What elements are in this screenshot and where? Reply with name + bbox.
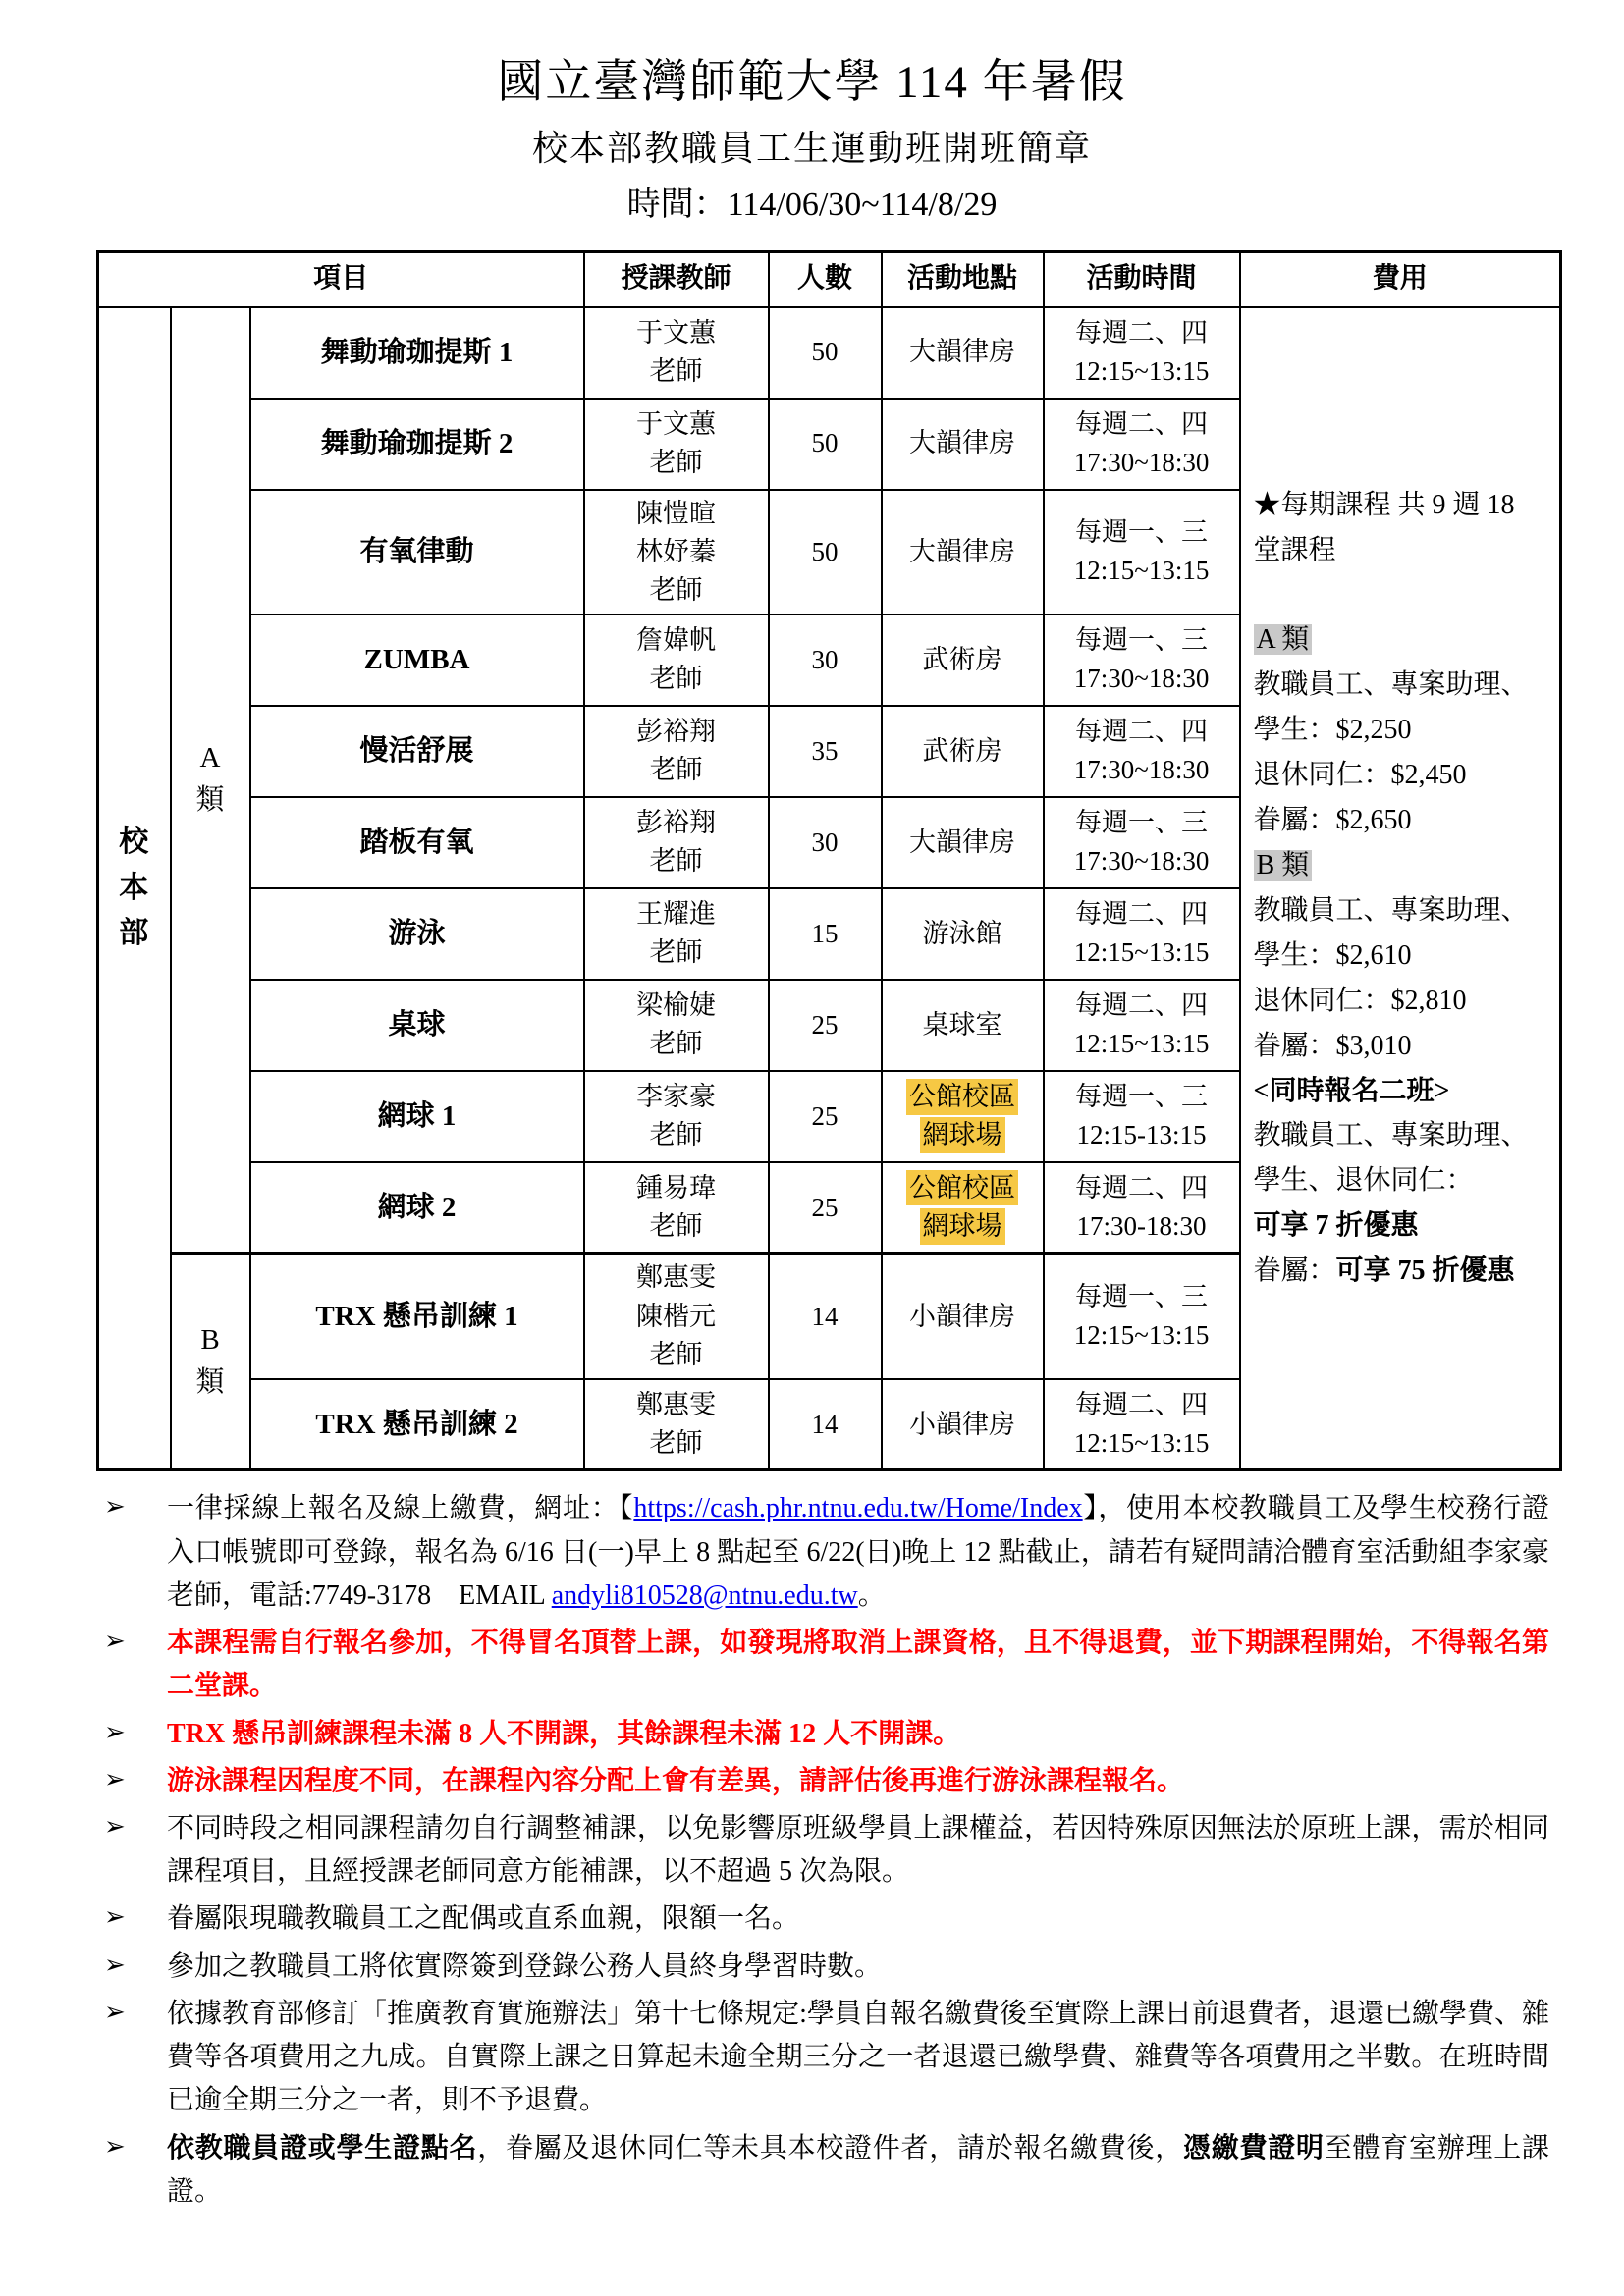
time-cell: 每週二、四17:30-18:30 xyxy=(1044,1162,1240,1254)
location-cell: 武術房 xyxy=(882,706,1044,797)
note-text: 依教職員證或學生證點名 xyxy=(167,2133,477,2163)
time-cell: 每週一、三12:15-13:15 xyxy=(1044,1071,1240,1162)
fee-line: 眷屬：可享 75 折優惠 xyxy=(1254,1249,1550,1294)
column-header-5: 活動時間 xyxy=(1044,252,1240,307)
fee-line: 教職員工、專案助理、 xyxy=(1254,1113,1550,1158)
course-name-cell: 踏板有氧 xyxy=(250,797,584,888)
note-bullet-icon: ➢ xyxy=(104,1622,126,1662)
category-b-label: B類 xyxy=(171,1254,250,1470)
note-text: 本課程需自行報名參加，不得冒名頂替上課，如發現將取消上課資格，且不得退費，並下期… xyxy=(167,1628,1549,1701)
note-text: 依據教育部修訂「推廣教育實施辦法」第十七條規定:學員自報名繳費後至實際上課日前退… xyxy=(167,1999,1549,2115)
fee-class-label: B 類 xyxy=(1254,850,1313,881)
count-cell: 35 xyxy=(769,706,882,797)
fee-line: 退休同仁：$2,450 xyxy=(1254,753,1550,798)
fee-line: 可享 7 折優惠 xyxy=(1254,1203,1550,1249)
location-highlight: 公館校區 xyxy=(906,1170,1018,1205)
course-name-cell: 網球 1 xyxy=(250,1071,584,1162)
fee-line: A 類 xyxy=(1254,617,1550,663)
note-text: ，眷屬及退休同仁等未具本校證件者，請於報名繳費後， xyxy=(477,2133,1183,2163)
column-header-1: 項目 xyxy=(98,252,584,307)
fee-line: <同時報名二班> xyxy=(1254,1069,1550,1114)
note-bullet-icon: ➢ xyxy=(104,1760,126,1800)
fee-line: 眷屬：$2,650 xyxy=(1254,798,1550,843)
teacher-cell: 于文蕙老師 xyxy=(584,307,769,399)
fee-text: 堂課程 xyxy=(1254,535,1336,565)
note-bullet-icon: ➢ xyxy=(104,2127,126,2167)
note-item: ➢眷屬限現職教職員工之配偶或直系血親，限額一名。 xyxy=(96,1897,1549,1941)
count-cell: 14 xyxy=(769,1379,882,1470)
location-cell: 公館校區網球場 xyxy=(882,1162,1044,1254)
course-table: 項目授課教師人數活動地點活動時間費用 校本部A類舞動瑜珈提斯 1于文蕙老師50大… xyxy=(96,250,1562,1471)
column-header-6: 費用 xyxy=(1240,252,1561,307)
time-cell: 每週一、三12:15~13:15 xyxy=(1044,1254,1240,1379)
fee-text: 教職員工、專案助理、 xyxy=(1254,669,1529,700)
location-cell: 大韻律房 xyxy=(882,399,1044,490)
fee-text: 眷屬：$3,010 xyxy=(1254,1031,1412,1061)
teacher-cell: 李家豪老師 xyxy=(584,1071,769,1162)
note-text: 眷屬限現職教職員工之配偶或直系血親，限額一名。 xyxy=(167,1903,799,1934)
fee-line xyxy=(1254,573,1550,618)
time-cell: 每週一、三12:15~13:15 xyxy=(1044,490,1240,614)
time-cell: 每週二、四17:30~18:30 xyxy=(1044,399,1240,490)
column-header-2: 授課教師 xyxy=(584,252,769,307)
location-highlight: 公館校區 xyxy=(906,1079,1018,1114)
column-header-4: 活動地點 xyxy=(882,252,1044,307)
time-cell: 每週二、四12:15~13:15 xyxy=(1044,980,1240,1071)
campus-label: 校本部 xyxy=(98,307,171,1470)
fee-line: 學生、退休同仁： xyxy=(1254,1158,1550,1203)
location-cell: 大韻律房 xyxy=(882,797,1044,888)
fee-line: 學生：$2,610 xyxy=(1254,934,1550,979)
time-cell: 每週二、四12:15~13:15 xyxy=(1044,1379,1240,1470)
page-dateline: 時間：114/06/30~114/8/29 xyxy=(0,177,1624,225)
note-bullet-icon: ➢ xyxy=(104,1993,126,2033)
fee-line: 堂課程 xyxy=(1254,528,1550,573)
course-name-cell: 舞動瑜珈提斯 1 xyxy=(250,307,584,399)
count-cell: 50 xyxy=(769,307,882,399)
teacher-cell: 鄭惠雯老師 xyxy=(584,1379,769,1470)
teacher-cell: 王耀進老師 xyxy=(584,888,769,980)
teacher-cell: 梁榆婕老師 xyxy=(584,980,769,1071)
location-cell: 小韻律房 xyxy=(882,1379,1044,1470)
category-a-label: A類 xyxy=(171,307,250,1254)
teacher-cell: 鍾易瑋老師 xyxy=(584,1162,769,1254)
fee-text: 教職員工、專案助理、 xyxy=(1254,895,1529,926)
count-cell: 15 xyxy=(769,888,882,980)
note-item: ➢游泳課程因程度不同，在課程內容分配上會有差異，請評估後再進行游泳課程報名。 xyxy=(96,1760,1549,1803)
note-bullet-icon: ➢ xyxy=(104,1807,126,1847)
fee-class-label: A 類 xyxy=(1254,624,1313,655)
email-link[interactable]: andyli810528@ntnu.edu.tw xyxy=(552,1580,858,1611)
count-cell: 30 xyxy=(769,614,882,706)
count-cell: 50 xyxy=(769,490,882,614)
note-text: 游泳課程因程度不同，在課程內容分配上會有差異，請評估後再進行游泳課程報名。 xyxy=(167,1766,1184,1796)
course-name-cell: TRX 懸吊訓練 2 xyxy=(250,1379,584,1470)
note-item: ➢參加之教職員工將依實際簽到登錄公務人員終身學習時數。 xyxy=(96,1946,1549,1989)
teacher-cell: 彭裕翔老師 xyxy=(584,706,769,797)
fee-line: 學生：$2,250 xyxy=(1254,708,1550,753)
note-item: ➢依教職員證或學生證點名，眷屬及退休同仁等未具本校證件者，請於報名繳費後，憑繳費… xyxy=(96,2127,1549,2214)
teacher-cell: 陳愷暄林妤蓁老師 xyxy=(584,490,769,614)
course-name-cell: 桌球 xyxy=(250,980,584,1071)
location-cell: 武術房 xyxy=(882,614,1044,706)
location-highlight: 網球場 xyxy=(920,1208,1005,1244)
note-bullet-icon: ➢ xyxy=(104,1713,126,1753)
registration-link[interactable]: https://cash.phr.ntnu.edu.tw/Home/Index xyxy=(633,1493,1082,1523)
fee-text: 退休同仁：$2,450 xyxy=(1254,760,1467,790)
fee-text: 教職員工、專案助理、 xyxy=(1254,1120,1529,1150)
count-cell: 14 xyxy=(769,1254,882,1379)
location-cell: 游泳館 xyxy=(882,888,1044,980)
note-text: 參加之教職員工將依實際簽到登錄公務人員終身學習時數。 xyxy=(167,1951,882,1982)
course-name-cell: 游泳 xyxy=(250,888,584,980)
course-name-cell: ZUMBA xyxy=(250,614,584,706)
course-name-cell: 網球 2 xyxy=(250,1162,584,1254)
course-name-cell: TRX 懸吊訓練 1 xyxy=(250,1254,584,1379)
note-bullet-icon: ➢ xyxy=(104,1897,126,1938)
fee-text: 學生：$2,610 xyxy=(1254,940,1412,971)
fee-text: 眷屬： xyxy=(1254,1255,1336,1286)
teacher-cell: 詹媁帆老師 xyxy=(584,614,769,706)
count-cell: 30 xyxy=(769,797,882,888)
page-subtitle: 校本部教職員工生運動班開班簡章 xyxy=(0,121,1624,171)
location-cell: 大韻律房 xyxy=(882,490,1044,614)
fee-line: ★每期課程 共 9 週 18 xyxy=(1254,483,1550,528)
page-title: 國立臺灣師範大學 114 年暑假 xyxy=(0,0,1624,111)
fee-line: 教職員工、專案助理、 xyxy=(1254,663,1550,708)
note-item: ➢依據教育部修訂「推廣教育實施辦法」第十七條規定:學員自報名繳費後至實際上課日前… xyxy=(96,1993,1549,2123)
fee-text: 退休同仁：$2,810 xyxy=(1254,986,1467,1016)
fee-line: B 類 xyxy=(1254,843,1550,888)
fee-text: <同時報名二班> xyxy=(1254,1076,1450,1106)
page: 國立臺灣師範大學 114 年暑假 校本部教職員工生運動班開班簡章 時間：114/… xyxy=(0,0,1624,2296)
location-cell: 大韻律房 xyxy=(882,307,1044,399)
count-cell: 25 xyxy=(769,1162,882,1254)
note-bullet-icon: ➢ xyxy=(104,1946,126,1986)
fee-text: ★每期課程 共 9 週 18 xyxy=(1254,490,1515,520)
note-text: 不同時段之相同課程請勿自行調整補課，以免影響原班級學員上課權益，若因特殊原因無法… xyxy=(167,1813,1549,1887)
teacher-cell: 彭裕翔老師 xyxy=(584,797,769,888)
table-header-row: 項目授課教師人數活動地點活動時間費用 xyxy=(98,252,1561,307)
count-cell: 25 xyxy=(769,980,882,1071)
count-cell: 25 xyxy=(769,1071,882,1162)
location-cell: 桌球室 xyxy=(882,980,1044,1071)
fee-text: 學生：$2,250 xyxy=(1254,715,1412,745)
fee-text: 可享 7 折優惠 xyxy=(1254,1210,1419,1241)
location-cell: 公館校區網球場 xyxy=(882,1071,1044,1162)
note-bullet-icon: ➢ xyxy=(104,1487,126,1527)
teacher-cell: 鄭惠雯陳楷元老師 xyxy=(584,1254,769,1379)
location-highlight: 網球場 xyxy=(920,1117,1005,1152)
fee-text: 可享 75 折優惠 xyxy=(1336,1255,1515,1286)
note-item: ➢TRX 懸吊訓練課程未滿 8 人不開課，其餘課程未滿 12 人不開課。 xyxy=(96,1713,1549,1756)
time-cell: 每週二、四12:15~13:15 xyxy=(1044,307,1240,399)
time-cell: 每週一、三17:30~18:30 xyxy=(1044,797,1240,888)
count-cell: 50 xyxy=(769,399,882,490)
note-item: ➢一律採線上報名及線上繳費，網址：【https://cash.phr.ntnu.… xyxy=(96,1487,1549,1618)
time-cell: 每週二、四12:15~13:15 xyxy=(1044,888,1240,980)
note-text: 。 xyxy=(858,1580,886,1611)
column-header-3: 人數 xyxy=(769,252,882,307)
fee-line: 眷屬：$3,010 xyxy=(1254,1024,1550,1069)
note-item: ➢不同時段之相同課程請勿自行調整補課，以免影響原班級學員上課權益，若因特殊原因無… xyxy=(96,1807,1549,1894)
teacher-cell: 于文蕙老師 xyxy=(584,399,769,490)
fee-text: 學生、退休同仁： xyxy=(1254,1165,1474,1196)
course-name-cell: 慢活舒展 xyxy=(250,706,584,797)
note-item: ➢本課程需自行報名參加，不得冒名頂替上課，如發現將取消上課資格，且不得退費，並下… xyxy=(96,1622,1549,1708)
location-cell: 小韻律房 xyxy=(882,1254,1044,1379)
fee-text: 眷屬：$2,650 xyxy=(1254,805,1412,835)
fee-line: 教職員工、專案助理、 xyxy=(1254,888,1550,934)
note-text: TRX 懸吊訓練課程未滿 8 人不開課，其餘課程未滿 12 人不開課。 xyxy=(167,1719,960,1749)
table-row: 校本部A類舞動瑜珈提斯 1于文蕙老師50大韻律房每週二、四12:15~13:15… xyxy=(98,307,1561,399)
fee-cell: ★每期課程 共 9 週 18堂課程A 類教職員工、專案助理、學生：$2,250退… xyxy=(1240,307,1561,1470)
time-cell: 每週一、三17:30~18:30 xyxy=(1044,614,1240,706)
course-name-cell: 舞動瑜珈提斯 2 xyxy=(250,399,584,490)
note-text: 一律採線上報名及線上繳費，網址：【 xyxy=(167,1493,633,1523)
note-text: 憑繳費證明 xyxy=(1183,2133,1325,2163)
time-cell: 每週二、四17:30~18:30 xyxy=(1044,706,1240,797)
course-name-cell: 有氧律動 xyxy=(250,490,584,614)
notes-list: ➢一律採線上報名及線上繳費，網址：【https://cash.phr.ntnu.… xyxy=(96,1487,1549,2214)
fee-line: 退休同仁：$2,810 xyxy=(1254,979,1550,1024)
